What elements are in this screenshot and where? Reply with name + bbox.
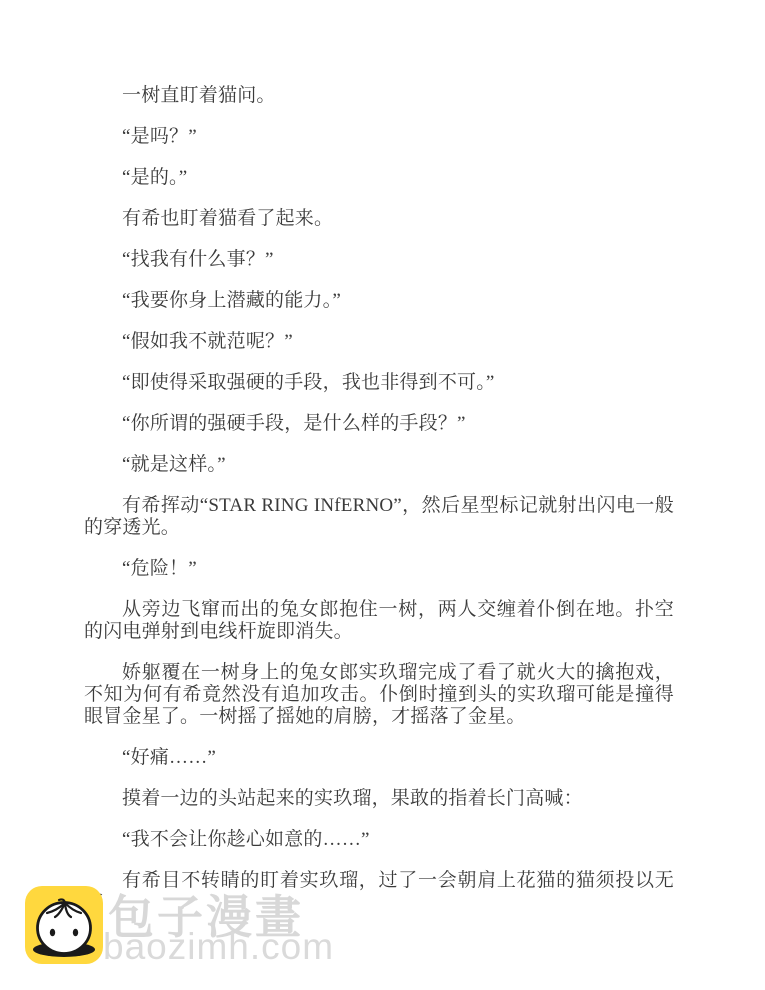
paragraph: “危险！” — [84, 558, 674, 580]
paragraph: “是的。” — [84, 167, 674, 189]
baozi-bun-icon — [25, 886, 103, 964]
paragraph: “是吗？” — [84, 126, 674, 148]
paragraph: 摸着一边的头站起来的实玖瑠，果敢的指着长门高喊： — [84, 788, 674, 810]
paragraph: “我要你身上潜藏的能力。” — [84, 290, 674, 312]
paragraph: “就是这样。” — [84, 454, 674, 476]
novel-page: { "page": { "background_color": "#ffffff… — [0, 0, 765, 990]
paragraph: “你所谓的强硬手段，是什么样的手段？” — [84, 413, 674, 435]
paragraph: “我不会让你趁心如意的……” — [84, 829, 674, 851]
watermark-site-url: baozimh.com — [103, 926, 334, 968]
paragraph: “假如我不就范呢？” — [84, 331, 674, 353]
paragraph: 一树直盯着猫问。 — [84, 85, 674, 107]
paragraph: “即使得采取强硬的手段，我也非得到不可。” — [84, 372, 674, 394]
paragraph: “找我有什么事？” — [84, 249, 674, 271]
paragraph: 娇躯覆在一树身上的兔女郎实玖瑠完成了看了就火大的擒抱戏，不知为何有希竟然没有追加… — [84, 662, 674, 728]
paragraph: 有希也盯着猫看了起来。 — [84, 208, 674, 230]
paragraph: “好痛……” — [84, 747, 674, 769]
watermark: 包子漫畫 baozimh.com — [0, 880, 420, 990]
novel-text-block: 一树直盯着猫问。 “是吗？” “是的。” 有希也盯着猫看了起来。 “找我有什么事… — [84, 85, 674, 914]
paragraph: 有希挥动“STAR RING INfERNO”，然后星型标记就射出闪电一般的穿透… — [84, 495, 674, 539]
paragraph: 从旁边飞窜而出的兔女郎抱住一树，两人交缠着仆倒在地。扑空的闪电弹射到电线杆旋即消… — [84, 599, 674, 643]
